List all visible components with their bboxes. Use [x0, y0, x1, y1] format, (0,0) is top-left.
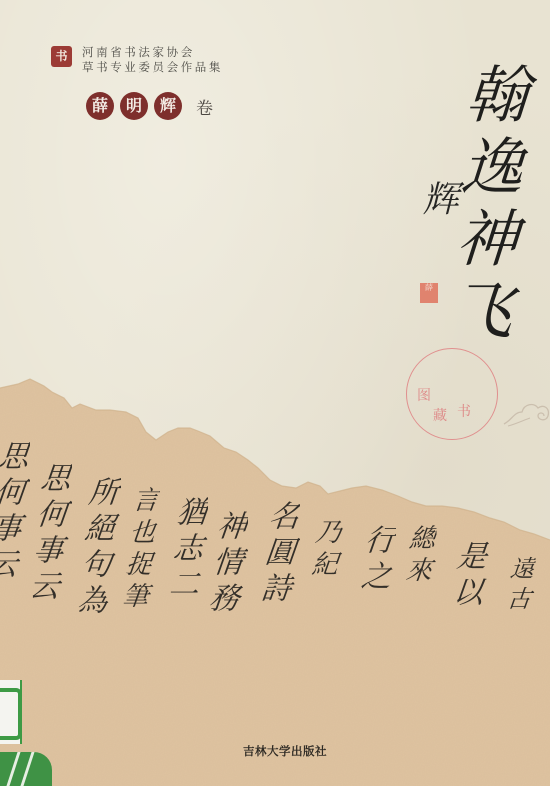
- association-name: 河南省书法家协会: [82, 44, 195, 60]
- association-logo-icon: 书: [51, 46, 72, 67]
- author-char-badge: 明: [120, 92, 148, 120]
- stamp-char: 藏: [433, 405, 447, 425]
- author-name: 薛 明 辉 卷: [86, 92, 213, 120]
- publisher-name: 吉林大学出版社: [243, 743, 327, 759]
- stamp-char: 图: [417, 385, 431, 405]
- library-stamp: 图 藏 书: [406, 348, 498, 440]
- library-sticker: [0, 680, 22, 744]
- library-label-band: [0, 752, 52, 786]
- book-cover: 书 河南省书法家协会 草书专业委员会作品集 薛 明 辉 卷 翰逸神飞 辉 薛 图…: [0, 0, 550, 786]
- volume-label: 卷: [196, 94, 213, 119]
- author-char-badge: 辉: [154, 92, 182, 120]
- sticker-frame: [0, 688, 22, 740]
- author-char-badge: 薛: [86, 92, 114, 120]
- stamp-char: 书: [457, 401, 471, 421]
- artist-seal-icon: 薛: [420, 283, 438, 303]
- artist-signature: 辉: [412, 180, 463, 220]
- collection-subtitle: 草书专业委员会作品集: [82, 59, 223, 75]
- cloud-motif-icon: [500, 390, 550, 430]
